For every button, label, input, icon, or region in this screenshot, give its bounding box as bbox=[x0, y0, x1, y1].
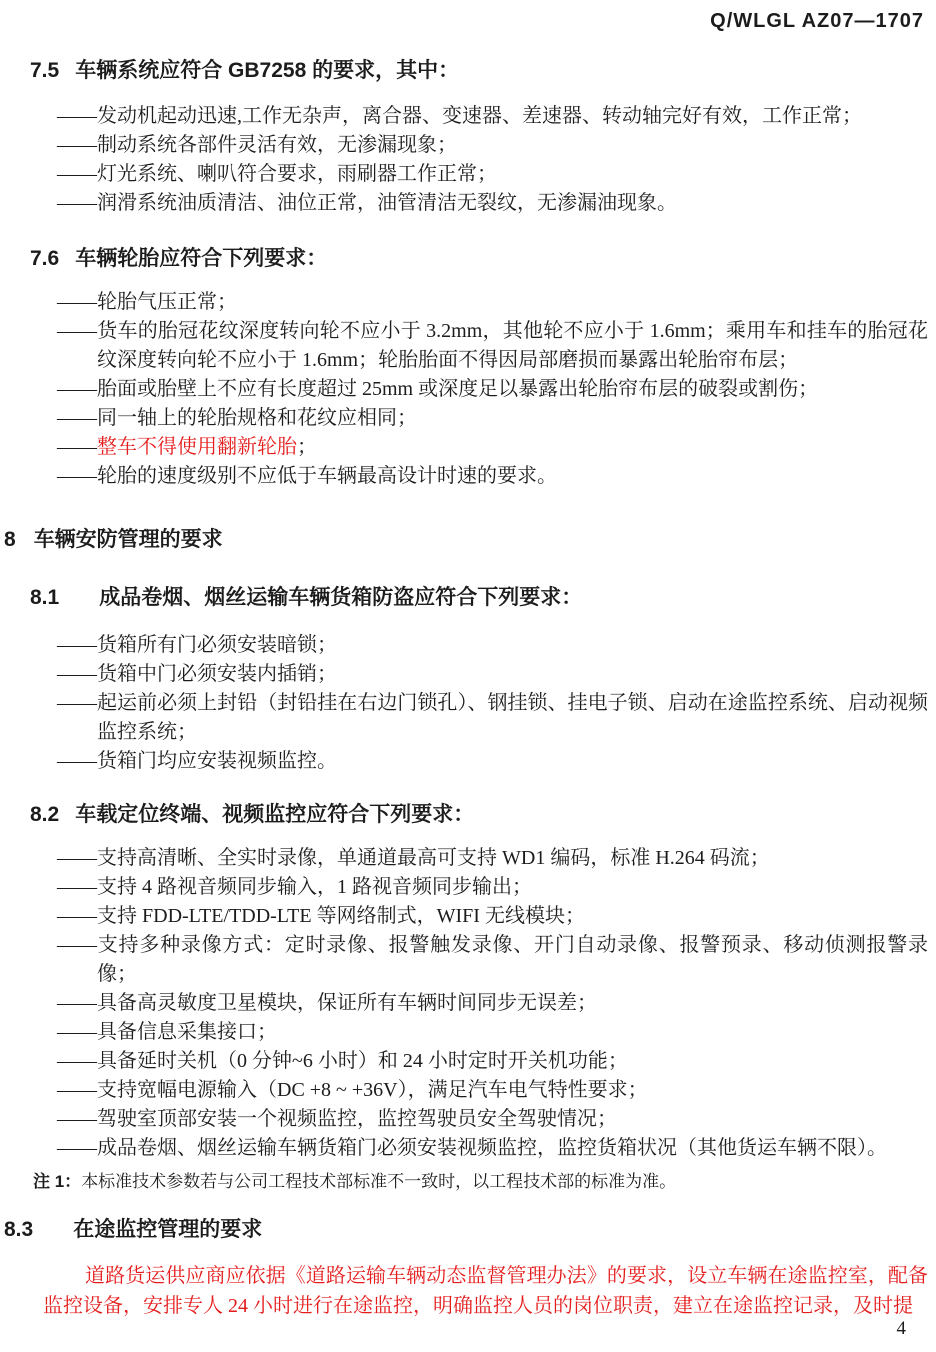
bullet-item: ——制动系统各部件灵活有效，无渗漏现象； bbox=[0, 131, 936, 160]
bullet-item: ——轮胎的速度级别不应低于车辆最高设计时速的要求。 bbox=[0, 462, 936, 491]
bullet-item: ——起运前必须上封铅（封铅挂在右边门锁孔）、钢挂锁、挂电子锁、启动在途监控系统、… bbox=[0, 689, 936, 747]
bullet-item: ——支持多种录像方式：定时录像、报警触发录像、开门自动录像、报警预录、移动侦测报… bbox=[0, 931, 936, 989]
bullet-item: ——具备信息采集接口； bbox=[0, 1018, 936, 1047]
section-title: 车辆轮胎应符合下列要求： bbox=[75, 247, 327, 270]
bullet-item: ——成品卷烟、烟丝运输车辆货箱门必须安装视频监控，监控货箱状况（其他货运车辆不限… bbox=[0, 1134, 936, 1163]
bullet-item: ——灯光系统、喇叭符合要求，雨刷器工作正常； bbox=[0, 160, 936, 189]
document-page: Q/WLGL AZ07—1707 7.5车辆系统应符合 GB7258 的要求，其… bbox=[0, 0, 936, 1352]
bullet-item: ——支持高清晰、全实时录像，单通道最高可支持 WD1 编码，标准 H.264 码… bbox=[0, 844, 936, 873]
section-number: 8.3 bbox=[4, 1217, 33, 1243]
chapter-title: 车辆安防管理的要求 bbox=[34, 528, 223, 551]
bullet-item: ——支持 4 路视音频同步输入，1 路视音频同步输出； bbox=[0, 873, 936, 902]
section-heading-7-5: 7.5车辆系统应符合 GB7258 的要求，其中： bbox=[0, 58, 936, 84]
page-number: 4 bbox=[897, 1318, 907, 1340]
list-7-6: ——轮胎气压正常； ——货车的胎冠花纹深度转向轮不应小于 3.2mm，其他轮不应… bbox=[0, 288, 936, 491]
section-number: 8.1 bbox=[30, 585, 59, 611]
bullet-item: ——货箱中门必须安装内插销； bbox=[0, 660, 936, 689]
section-title: 车辆系统应符合 GB7258 的要求，其中： bbox=[75, 59, 459, 82]
bullet-item: ——发动机起动迅速,工作无杂声，离合器、变速器、差速器、转动轴完好有效，工作正常… bbox=[0, 102, 936, 131]
bullet-item: ——胎面或胎壁上不应有长度超过 25mm 或深度足以暴露出轮胎帘布层的破裂或割伤… bbox=[0, 375, 936, 404]
section-number: 8.2 bbox=[30, 802, 59, 828]
bullet-item: ——货箱门均应安装视频监控。 bbox=[0, 747, 936, 776]
note-label: 注 1： bbox=[33, 1172, 81, 1191]
section-title: 成品卷烟、烟丝运输车辆货箱防盗应符合下列要求： bbox=[99, 586, 582, 609]
bullet-item: ——货箱所有门必须安装暗锁； bbox=[0, 631, 936, 660]
note-line: 注 1：本标准技术参数若与公司工程技术部标准不一致时，以工程技术部的标准为准。 bbox=[0, 1171, 936, 1193]
bullet-item: ——驾驶室顶部安装一个视频监控，监控驾驶员安全驾驶情况； bbox=[0, 1105, 936, 1134]
chapter-number: 8 bbox=[4, 527, 16, 553]
bullet-item: ——具备延时关机（0 分钟~6 小时）和 24 小时定时开关机功能； bbox=[0, 1047, 936, 1076]
section-number: 7.6 bbox=[30, 246, 59, 272]
list-8-1: ——货箱所有门必须安装暗锁； ——货箱中门必须安装内插销； ——起运前必须上封铅… bbox=[0, 631, 936, 776]
red-highlight-text: 整车不得使用翻新轮胎 bbox=[97, 436, 297, 458]
bullet-dash: —— bbox=[57, 436, 97, 458]
section-title: 在途监控管理的要求 bbox=[73, 1218, 262, 1241]
bullet-suffix: ； bbox=[297, 436, 317, 458]
note-text: 本标准技术参数若与公司工程技术部标准不一致时，以工程技术部的标准为准。 bbox=[81, 1172, 676, 1191]
section-number: 7.5 bbox=[30, 58, 59, 84]
bullet-item: ——货车的胎冠花纹深度转向轮不应小于 3.2mm，其他轮不应小于 1.6mm；乘… bbox=[0, 317, 936, 375]
bullet-item-red: ——整车不得使用翻新轮胎； bbox=[0, 433, 936, 462]
list-8-2: ——支持高清晰、全实时录像，单通道最高可支持 WD1 编码，标准 H.264 码… bbox=[0, 844, 936, 1163]
section-title: 车载定位终端、视频监控应符合下列要求： bbox=[75, 803, 474, 826]
bullet-item: ——润滑系统油质清洁、油位正常，油管清洁无裂纹，无渗漏油现象。 bbox=[0, 189, 936, 218]
doc-code: Q/WLGL AZ07—1707 bbox=[0, 0, 936, 32]
bullet-item: ——支持宽幅电源输入（DC +8 ~ +36V），满足汽车电气特性要求； bbox=[0, 1076, 936, 1105]
bullet-item: ——轮胎气压正常； bbox=[0, 288, 936, 317]
section-heading-8-2: 8.2车载定位终端、视频监控应符合下列要求： bbox=[0, 802, 936, 828]
bullet-item: ——同一轴上的轮胎规格和花纹应相同； bbox=[0, 404, 936, 433]
bullet-item: ——支持 FDD-LTE/TDD-LTE 等网络制式，WIFI 无线模块； bbox=[0, 902, 936, 931]
list-7-5: ——发动机起动迅速,工作无杂声，离合器、变速器、差速器、转动轴完好有效，工作正常… bbox=[0, 102, 936, 218]
section-heading-7-6: 7.6车辆轮胎应符合下列要求： bbox=[0, 246, 936, 272]
section-heading-8-3: 8.3在途监控管理的要求 bbox=[0, 1217, 936, 1243]
bullet-item: ——具备高灵敏度卫星模块，保证所有车辆时间同步无误差； bbox=[0, 989, 936, 1018]
red-paragraph: 道路货运供应商应依据《道路运输车辆动态监督管理办法》的要求，设立车辆在途监控室，… bbox=[0, 1261, 936, 1321]
chapter-heading-8: 8车辆安防管理的要求 bbox=[0, 527, 936, 553]
section-heading-8-1: 8.1成品卷烟、烟丝运输车辆货箱防盗应符合下列要求： bbox=[0, 585, 936, 611]
